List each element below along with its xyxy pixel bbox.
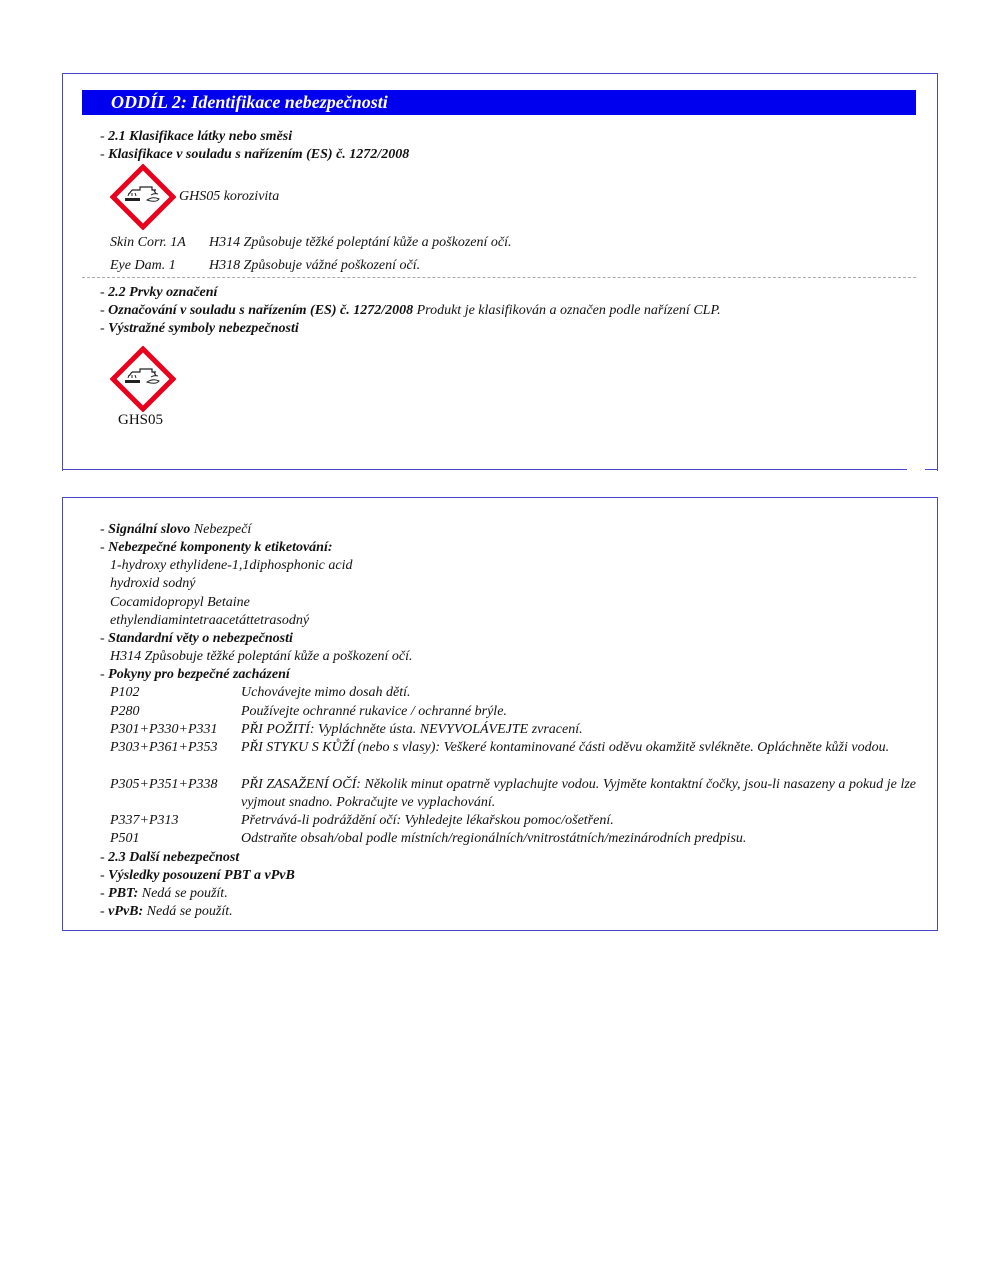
- precautionary-text: PŘI POŽITÍ: Vypláchněte ústa. NEVYVOLÁVE…: [241, 721, 916, 739]
- subsection-2-3-heading: - 2.3 Další nebezpečnost: [100, 849, 239, 867]
- component-item: hydroxid sodný: [110, 575, 195, 593]
- precautionary-code: P305+P351+P338: [110, 776, 218, 794]
- classification-statement: H314 Způsobuje těžké poleptání kůže a po…: [209, 234, 512, 252]
- component-item: Cocamidopropyl Betaine: [110, 594, 250, 612]
- ghs05-corrosion-icon: [110, 164, 176, 230]
- precautionary-heading: - Pokyny pro bezpečné zacházení: [100, 666, 290, 684]
- precautionary-code: P303+P361+P353: [110, 739, 218, 757]
- pictogram-label: GHS05 korozivita: [179, 188, 279, 206]
- component-item: ethylendiamintetraacetáttetrasodný: [110, 612, 309, 630]
- box-border-segment: [925, 469, 938, 470]
- subsection-2-1-heading: - 2.1 Klasifikace látky nebo směsi: [100, 128, 292, 146]
- precautionary-text: PŘI STYKU S KŮŽÍ (nebo s vlasy): Veškeré…: [241, 739, 916, 757]
- precautionary-code: P501: [110, 830, 140, 848]
- vpvb-result: - vPvB: Nedá se použít.: [100, 903, 233, 921]
- classification-statement: H318 Způsobuje vážné poškození očí.: [209, 257, 420, 275]
- precautionary-text: Uchovávejte mimo dosah dětí.: [241, 684, 916, 702]
- precautionary-text: Odstraňte obsah/obal podle místních/regi…: [241, 830, 916, 848]
- hazard-statements-heading: - Standardní věty o nebezpečnosti: [100, 630, 293, 648]
- pbt-assessment-heading: - Výsledky posouzení PBT a vPvB: [100, 867, 295, 885]
- pbt-result: - PBT: Nedá se použít.: [100, 885, 228, 903]
- precautionary-text: PŘI ZASAŽENÍ OČÍ: Několik minut opatrně …: [241, 776, 916, 812]
- component-item: 1-hydroxy ethylidene-1,1diphosphonic aci…: [110, 557, 352, 575]
- labelling-regulation: - Označování v souladu s nařízením (ES) …: [100, 302, 721, 320]
- dashed-separator: [82, 277, 916, 278]
- box-border-segment: [62, 469, 907, 470]
- ghs-symbol-code: GHS05: [118, 411, 163, 429]
- classification-regulation: - Klasifikace v souladu s nařízením (ES)…: [100, 146, 409, 164]
- hazard-symbols-heading: - Výstražné symboly nebezpečnosti: [100, 320, 299, 338]
- precautionary-code: P301+P330+P331: [110, 721, 218, 739]
- classification-category: Eye Dam. 1: [110, 257, 176, 275]
- precautionary-code: P102: [110, 684, 140, 702]
- hazard-statement: H314 Způsobuje těžké poleptání kůže a po…: [110, 648, 413, 666]
- precautionary-text: Používejte ochranné rukavice / ochranné …: [241, 703, 916, 721]
- precautionary-text: Přetrvává-li podráždění očí: Vyhledejte …: [241, 812, 916, 830]
- subsection-2-2-heading: - 2.2 Prvky označení: [100, 284, 217, 302]
- precautionary-code: P280: [110, 703, 140, 721]
- signal-word: - Signální slovo Nebezpečí: [100, 521, 251, 539]
- precautionary-code: P337+P313: [110, 812, 179, 830]
- components-heading: - Nebezpečné komponenty k etiketování:: [100, 539, 333, 557]
- classification-category: Skin Corr. 1A: [110, 234, 186, 252]
- ghs05-corrosion-icon: [110, 346, 176, 412]
- section-title: ODDÍL 2: Identifikace nebezpečnosti: [82, 90, 916, 115]
